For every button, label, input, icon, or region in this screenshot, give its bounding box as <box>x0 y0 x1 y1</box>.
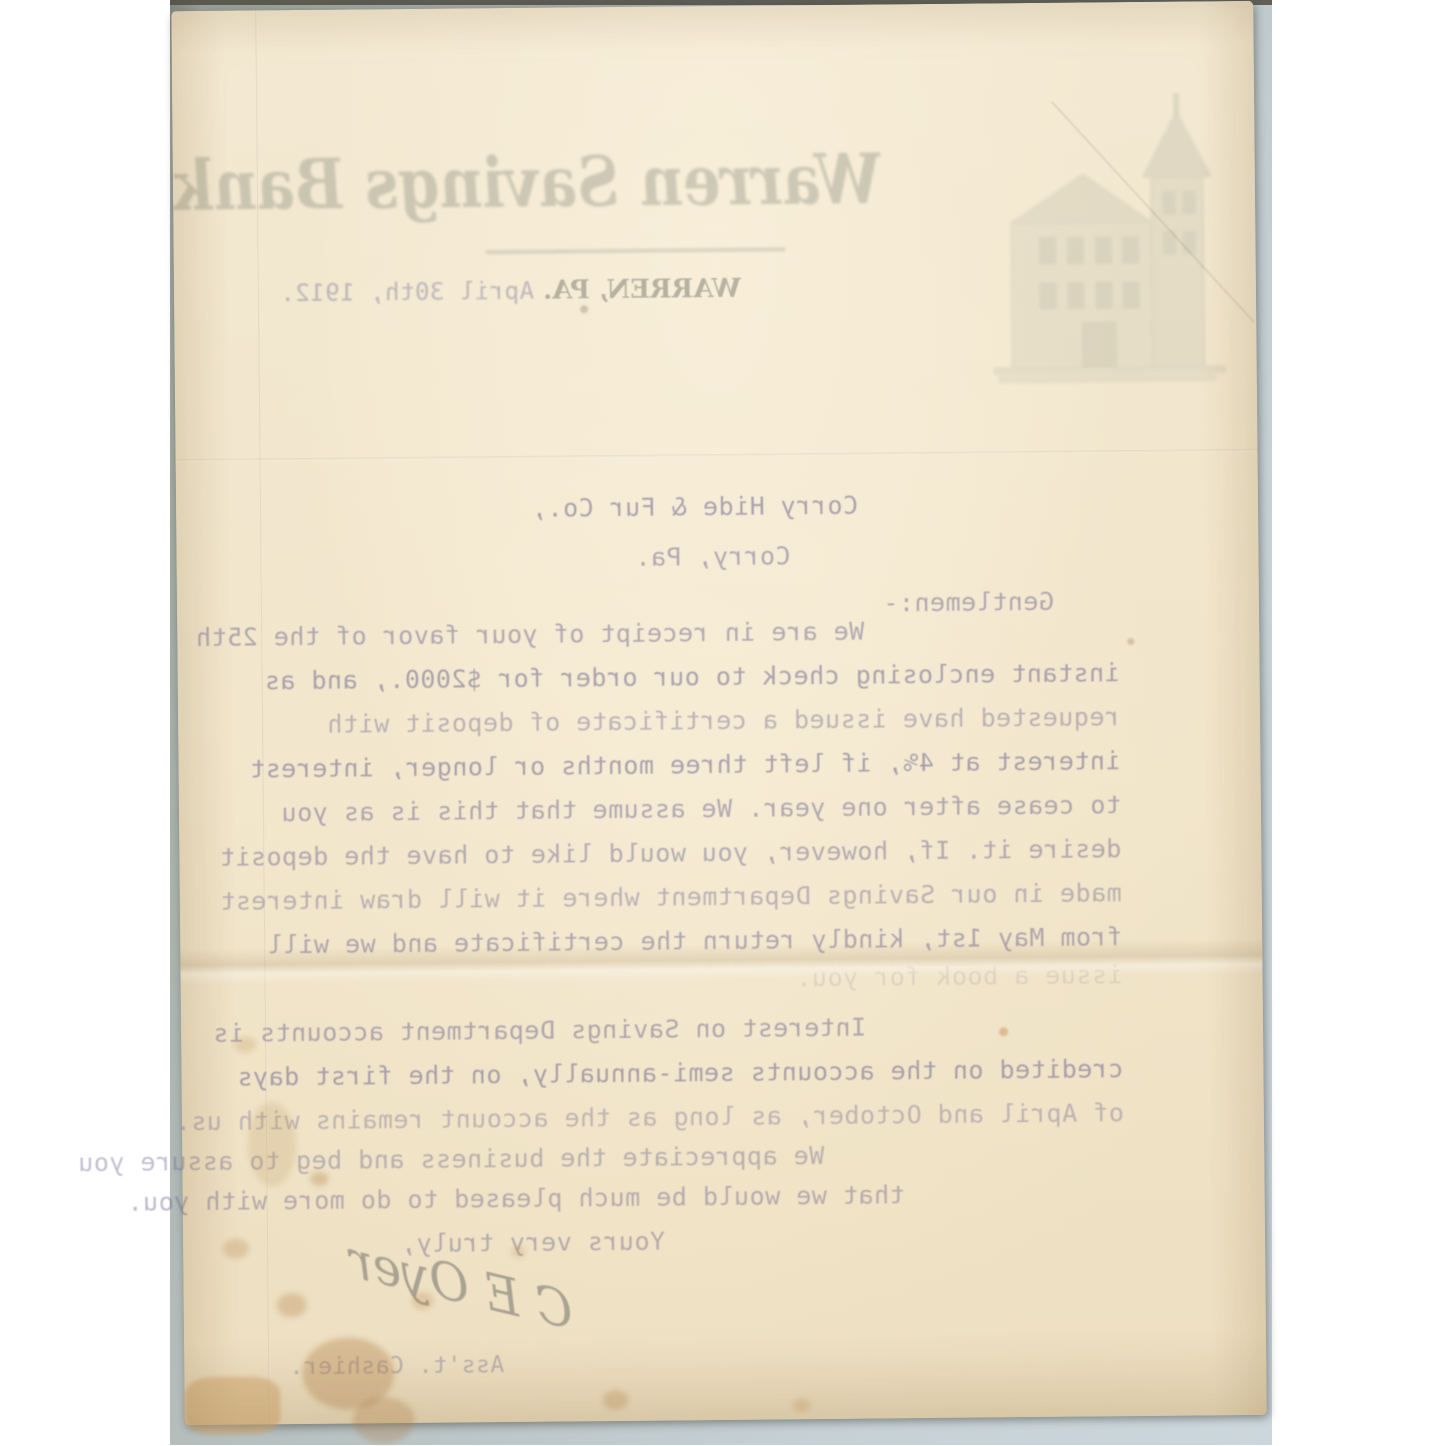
body-line: of April and October, as long as the acc… <box>175 1098 1124 1136</box>
letterhead-bank-name: Warren Savings Bank <box>170 138 884 227</box>
body-line: requested have issued a certificate of d… <box>327 702 1120 739</box>
letterhead-city-printed: WARREN, PA. <box>543 274 741 306</box>
body-line: to cease after one year. We assume that … <box>281 790 1121 827</box>
body-line: made in our Savings Department where it … <box>220 878 1122 916</box>
signer-title: Ass't. Cashier. <box>289 1352 504 1380</box>
body-line: We appreciate the business and beg to as… <box>78 1141 825 1177</box>
body-line: Interest on Savings Department accounts … <box>213 1013 866 1048</box>
body-line: desire it. If, however, you would like t… <box>219 834 1121 872</box>
body-line: that we would be much pleased to do more… <box>127 1180 905 1216</box>
letterhead-city-line: WARREN, PA. April 30th, 1912. <box>280 274 741 308</box>
salutation: Gentlemen:- <box>883 587 1054 618</box>
letterhead-typed-date: April 30th, 1912. <box>280 277 534 307</box>
bank-building-vignette-icon <box>982 81 1235 403</box>
letterhead-flourish <box>486 247 786 254</box>
body-line: from May 1st, kindly return the certific… <box>267 922 1123 959</box>
body-line: We are in receipt of your favor of the 2… <box>195 617 864 652</box>
body-line: issue a book for you. <box>796 960 1123 992</box>
recipient-line-2: Corry, Pa. <box>635 541 791 571</box>
body-line: credited on the accounts semi-annually, … <box>237 1054 1124 1092</box>
body-line: instant enclosing check to our order for… <box>264 658 1120 695</box>
white-listing-frame: Warren Savings Bank WARREN, PA. April 30… <box>0 0 1445 1445</box>
body-line: interest at 4%, if left three months or … <box>250 746 1121 783</box>
mirrored-showthrough-layer: Warren Savings Bank WARREN, PA. April 30… <box>171 1 1267 1425</box>
letter-paper-back: Warren Savings Bank WARREN, PA. April 30… <box>171 1 1267 1425</box>
recipient-line-1: Corry Hide & Fur Co., <box>531 491 858 523</box>
letter-photo: Warren Savings Bank WARREN, PA. April 30… <box>170 0 1272 1445</box>
